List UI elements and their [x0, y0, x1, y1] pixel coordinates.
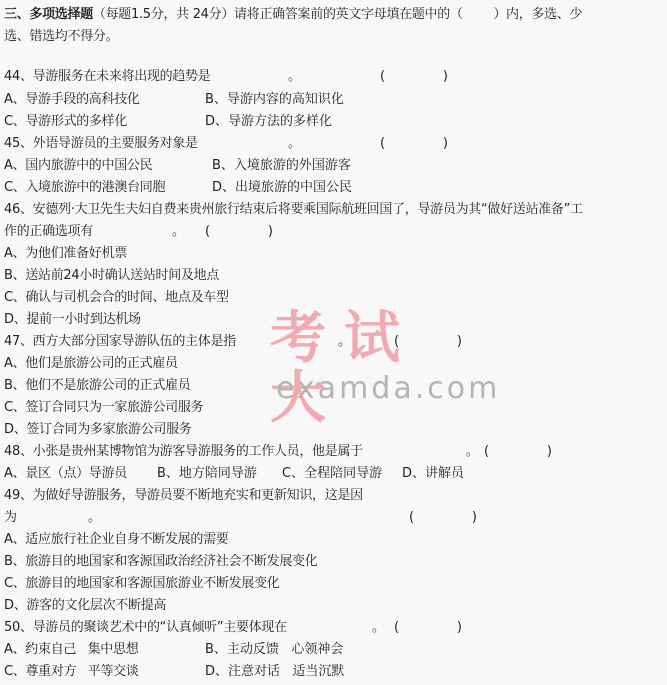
section-header: 三、多项选择题（每题1.5分，共 24分）请将正确答案前的英文字母填在题中的（ … — [4, 7, 582, 23]
question-50-stem: 50、导游员的聚谈艺术中的“认真倾听”主要体现在 — [4, 620, 287, 636]
question-44-option-d: D、导游方法的多样化 — [205, 114, 332, 130]
question-50-option-c: C、尊重对方 平等交谈 — [4, 664, 139, 680]
question-48-stem: 48、小张是贵州某博物馆为游客导游服务的工作人员，他是属于 — [4, 444, 363, 460]
question-44-answer-paren[interactable]: ( ) — [380, 69, 448, 85]
question-46-option-d: D、提前一小时到达机场 — [4, 312, 141, 328]
question-45-answer-paren[interactable]: ( ) — [380, 136, 448, 152]
question-48-option-d: D、讲解员 — [402, 466, 464, 482]
question-44-option-a: A、导游手段的高科技化 — [4, 92, 140, 108]
question-44-stem: 44、导游服务在未来将出现的趋势是 — [4, 69, 210, 85]
question-50-option-b: B、主动反馈 心领神会 — [205, 642, 343, 658]
question-46-option-b: B、送站前24小时确认送站时间及地点 — [4, 268, 219, 284]
watermark-url: examda.com — [276, 373, 500, 405]
question-50-option-a: A、约束自己 集中思想 — [4, 642, 138, 658]
question-49-stem: 49、为做好导游服务，导游员要不断地充实和更新知识，这是因 — [4, 488, 363, 504]
question-45-option-c: C、入境旅游中的港澳台同胞 — [4, 180, 165, 196]
question-48-answer-paren[interactable]: ( ) — [484, 444, 552, 460]
question-44-option-c: C、导游形式的多样化 — [4, 114, 127, 130]
question-49-answer-paren[interactable]: ( ) — [409, 510, 477, 526]
question-49-option-a: A、适应旅行社企业自身不断发展的需要 — [4, 532, 229, 548]
question-47-option-a: A、他们是旅游公司的正式雇员 — [4, 356, 178, 372]
question-49-stem-cont: 为 — [4, 510, 17, 526]
question-48-option-a: A、景区（点）导游员 — [4, 466, 127, 482]
watermark-logo-text: 考试大 — [270, 309, 470, 429]
section-instruction: （每题1.5分，共 24分）请将正确答案前的英文字母填在题中的（ ）内，多选、少 — [93, 7, 582, 22]
question-45-option-a: A、国内旅游中的中国公民 — [4, 158, 152, 174]
question-50-blank: 。 — [372, 620, 385, 636]
question-48-option-b: B、地方陪同导游 — [157, 466, 257, 482]
question-46-answer-paren[interactable]: ( ) — [205, 224, 273, 240]
question-45-blank: 。 — [288, 136, 301, 152]
question-45-option-b: B、入境旅游的外国游客 — [212, 158, 351, 174]
question-47-blank: 。 — [338, 334, 351, 350]
question-45-stem: 45、外语导游员的主要服务对象是 — [4, 136, 198, 152]
watermark: 考试大 examda.com — [270, 309, 470, 409]
question-44-option-b: B、导游内容的高知识化 — [205, 92, 344, 108]
question-44-blank: 。 — [288, 69, 301, 85]
question-46-blank: 。 — [172, 224, 185, 240]
question-46-option-a: A、为他们准备好机票 — [4, 246, 127, 262]
question-46-stem-cont: 作的正确选项有 — [4, 224, 93, 240]
question-47-option-c: C、签订合同只为一家旅游公司服务 — [4, 400, 203, 416]
question-48-blank: 。 — [466, 444, 479, 460]
question-47-option-d: D、签订合同为多家旅游公司服务 — [4, 422, 192, 438]
question-47-answer-paren[interactable]: ( ) — [394, 334, 462, 350]
question-49-option-d: D、游客的文化层次不断提高 — [4, 598, 166, 614]
question-49-option-b: B、旅游目的地国家和客源国政治经济社会不断发展变化 — [4, 554, 317, 570]
question-47-option-b: B、他们不是旅游公司的正式雇员 — [4, 378, 190, 394]
section-instruction-cont: 选、错选均不得分。 — [4, 29, 118, 45]
question-46-stem: 46、安德列·大卫先生夫妇自费来贵州旅行结束后将要乘国际航班回国了，导游员为其“… — [4, 202, 583, 218]
question-45-option-d: D、出境旅游的中国公民 — [212, 180, 352, 196]
question-49-blank: 。 — [88, 510, 101, 526]
question-50-option-d: D、注意对话 适当沉默 — [205, 664, 344, 680]
question-50-answer-paren[interactable]: ( ) — [394, 620, 462, 636]
question-47-stem: 47、西方大部分国家导游队伍的主体是指 — [4, 334, 236, 350]
question-49-option-c: C、旅游目的地国家和客源国旅游业不断发展变化 — [4, 576, 279, 592]
question-46-option-c: C、确认与司机会合的时间、地点及车型 — [4, 290, 229, 306]
section-title: 三、多项选择题 — [4, 7, 93, 22]
question-48-option-c: C、全程陪同导游 — [282, 466, 382, 482]
